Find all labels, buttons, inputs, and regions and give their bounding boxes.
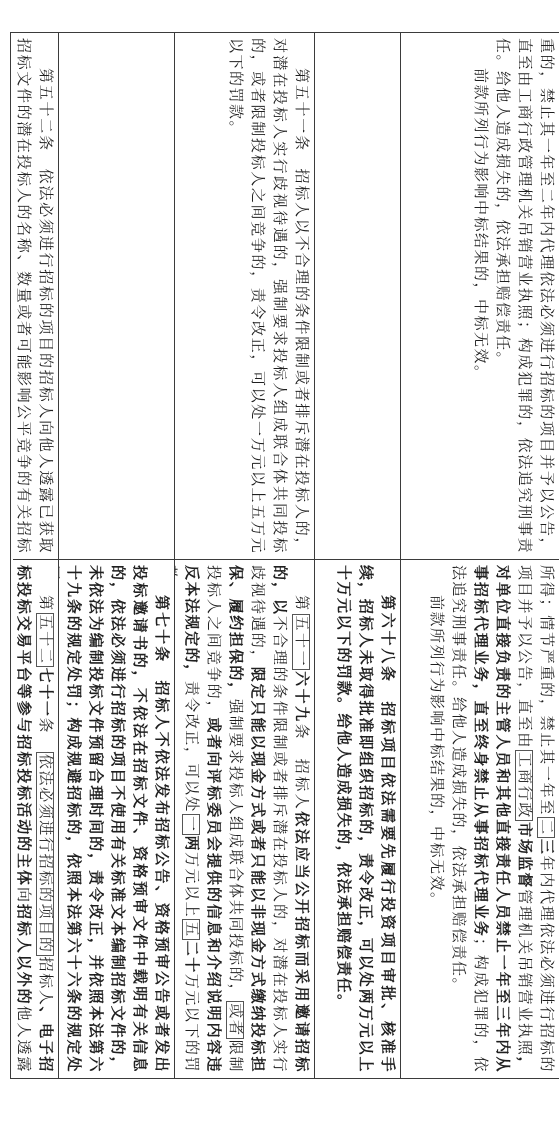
table-row: 第七十条 招标人不依法发布招标公告、资格预审公告或者发出投标邀请书的，不依法在招… [59,33,175,1078]
comparison-table: 重的，禁止其一年至二年内代理依法必须进行招标的项目并予以公告，直至由工商行政管理… [10,32,559,1079]
body-text: 第 [293,595,309,613]
body-text: 万元以上 [183,852,199,918]
body-text: 强制要求投标人组成联合体共同投标的， [227,699,243,1000]
table-row: 重的，禁止其一年至二年内代理依法必须进行招标的项目并予以公告，直至由工商行政管理… [401,33,559,1078]
body-text: 向 [15,887,31,904]
deleted-text: 工商行政 [515,750,533,821]
document-page: 重的，禁止其一年至二年内代理依法必须进行招标的项目并予以公告，直至由工商行政管理… [0,0,559,1122]
table-row: 第五十二条 依法必须进行招标的项目的招标人向他人透露已获取招标文件的潜在投标人的… [13,33,59,1078]
body-text: 管理机关吊销营业执照 [516,889,532,1056]
cell-current-law: 第五十一条 招标人以不合理的条件限制或者排斥潜在投标人的，对潜在投标人实行歧视待… [175,33,314,560]
cell-amendment: 所得；情节严重的，禁止其一年至二三年内代理依法必须进行招标的项目并予以公告，直至… [401,560,559,1078]
paragraph: 第五十二七十一条 依法必须进行招标的项目的招标人、电子招标投标交易平台等参与招标… [13,565,56,1073]
cell-current-law: 重的，禁止其一年至二年内代理依法必须进行招标的项目并予以公告，直至由工商行政管理… [401,33,559,560]
cell-current-law: 第五十二条 依法必须进行招标的项目的招标人向他人透露已获取招标文件的潜在投标人的… [13,33,58,560]
paragraph: 所得；情节严重的，禁止其一年至二三年内代理依法必须进行招标的项目并予以公告，直至… [447,565,557,1073]
rotated-landscape-canvas: 重的，禁止其一年至二年内代理依法必须进行招标的项目并予以公告，直至由工商行政管理… [0,0,559,1122]
paragraph: 第六十八条 招标项目依法需要先履行投资项目审批、核准手续，招标人未取得批准即组织… [332,565,398,1073]
deleted-text: 二 [537,817,555,838]
deleted-text: 五十一 [292,614,310,671]
added-text: 第六十八条 招标项目依法需要先履行投资项目审批、核准手续，招标人未取得批准即组织… [335,565,395,1073]
paragraph: 前款所列行为影响中标结果的，中标无效。 [425,565,447,1073]
body-text: 所得；情节严重的，禁止其一年至 [538,565,554,816]
deleted-text: 五十二 [36,613,54,667]
paragraph: 第五十二条 依法必须进行招标的项目的招标人向他人透露已获取招标文件的潜在投标人的… [13,38,56,554]
deleted-text: 五 [182,919,200,940]
cell-amendment: 第六十八条 招标项目依法需要先履行投资项目审批、核准手续，招标人未取得批准即组织… [315,560,400,1078]
body-text: 条 [37,718,53,751]
paragraph: 第五十一六十九条 招标人依法应当公开招标而采用邀请招标的，以不合理的条件限制或者… [175,565,312,1073]
added-text: 六十九 [293,671,309,724]
body-text: 第五十一条 招标人以不合理的条件限制或者排斥潜在投标人的，对潜在投标人实行歧视待… [227,38,309,554]
paragraph: 前款所列行为影响中标结果的，中标无效。 [469,38,491,554]
added-text: 三 [538,839,554,856]
paragraph: 第五十一条 招标人以不合理的条件限制或者排斥潜在投标人的，对潜在投标人实行歧视待… [224,38,312,554]
cell-amendment: 第五十一六十九条 招标人依法应当公开招标而采用邀请招标的，以不合理的条件限制或者… [175,560,314,1078]
deleted-text: 一 [182,814,200,835]
cell-current-law [315,33,400,560]
added-text: 市场监督 [516,822,532,889]
cell-amendment: 第七十条 招标人不依法发布招标公告、资格预审公告或者发出投标邀请书的，不依法在招… [59,560,174,1078]
added-text: 七十一 [37,668,53,718]
body-text: 重的，禁止其一年至二年内代理依法必须进行招标的项目并予以公告，直至由工商行政管理… [494,38,554,554]
table-row: 第五十一条 招标人以不合理的条件限制或者排斥潜在投标人的，对潜在投标人实行歧视待… [175,33,315,1078]
added-text: 招标人以外的 [15,904,31,1006]
deleted-text: 或者 [226,1001,244,1038]
added-text: 两 [183,836,199,853]
body-text: 招标人 [37,957,53,1007]
body-text: 前款所列行为影响中标结果的，中标无效。 [472,68,488,382]
table-row: 第六十八条 招标项目依法需要先履行投资项目审批、核准手续，招标人未取得批准即组织… [315,33,401,1078]
body-text: 条 招标人 [293,724,309,812]
paragraph: 第七十条 招标人不依法发布招标公告、资格预审公告或者发出投标邀请书的，不依法在招… [59,565,172,1073]
cell-amendment: 第五十二七十一条 依法必须进行招标的项目的招标人、电子招标投标交易平台等参与招标… [13,560,58,1078]
body-text: 第 [37,595,53,612]
paragraph: 重的，禁止其一年至二年内代理依法必须进行招标的项目并予以公告，直至由工商行政管理… [491,38,557,554]
body-text: 前款所列行为影响中标结果的，中标无效。 [428,595,444,909]
added-text: 二十 [183,941,199,974]
body-text: 第五十二条 依法必须进行招标的项目的招标人向他人透露已获取招标文件的潜在投标人的… [13,38,53,554]
cell-current-law [59,33,174,560]
body-text: 责令改正，可以处 [183,681,199,813]
added-text: 第七十条 招标人不依法发布招标公告、资格预审公告或者发出投标邀请书的，不依法在招… [59,565,169,1073]
deleted-text: 依法必须进行招标的项目的 [36,752,54,956]
